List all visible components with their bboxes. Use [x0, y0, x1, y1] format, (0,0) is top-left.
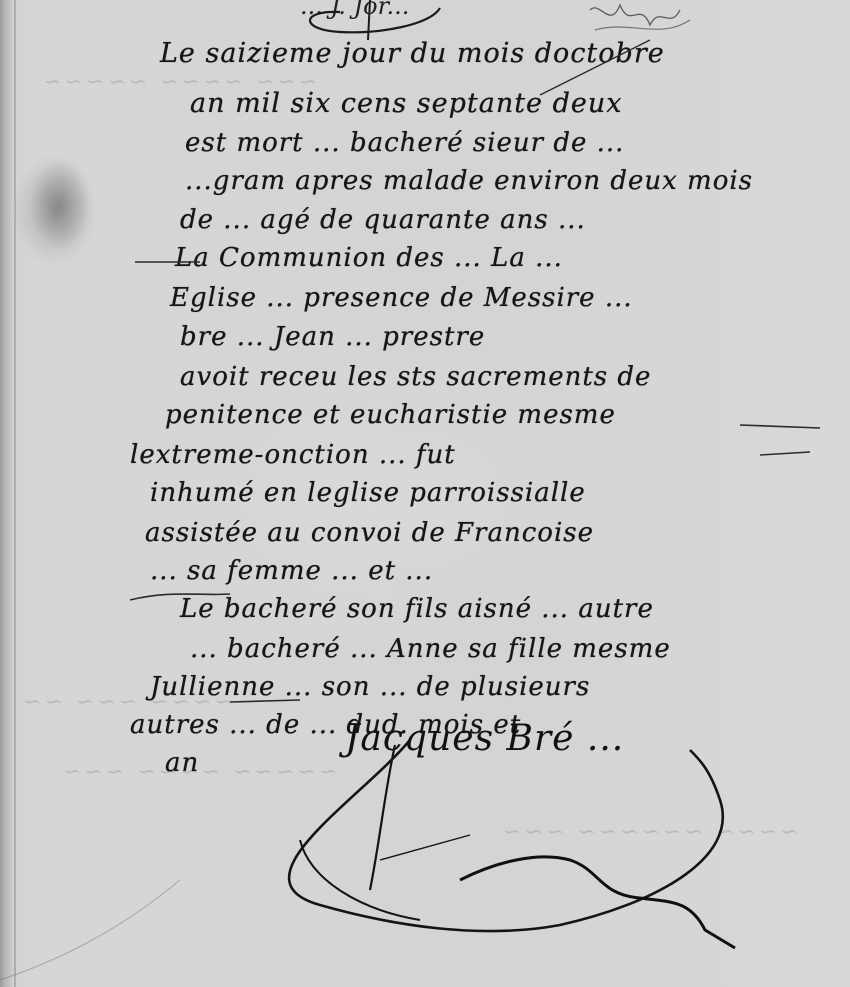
- manuscript-line-16: ... bacheré ... Anne sa fille mesme: [190, 634, 671, 664]
- manuscript-line-1: Le saizieme jour du mois doctobre: [160, 38, 665, 69]
- manuscript-line-4: ...gram apres malade environ deux mois: [185, 166, 753, 196]
- manuscript-line-6: La Communion des ... La ...: [175, 243, 563, 273]
- page-binding-edge: [0, 0, 14, 987]
- manuscript-line-3: est mort ... bacheré sieur de ...: [185, 128, 624, 158]
- manuscript-line-17: Jullienne ... son ... de plusieurs: [150, 672, 590, 702]
- header-fragment: ... J. Jor...: [300, 0, 409, 20]
- manuscript-line-15: Le bacheré son fils aisné ... autre: [180, 594, 654, 624]
- manuscript-line-12: inhumé en leglise parroissialle: [150, 478, 586, 508]
- ink-stain: [30, 160, 90, 250]
- manuscript-line-5: de ... agé de quarante ans ...: [180, 205, 586, 235]
- manuscript-line-2: an mil six cens septante deux: [190, 88, 623, 119]
- manuscript-line-9: avoit receu les sts sacrements de: [180, 362, 651, 392]
- signature: Jacques Bré ...: [345, 718, 624, 759]
- manuscript-line-7: Eglise ... presence de Messire ...: [170, 283, 633, 313]
- page-margin-line: [14, 0, 16, 987]
- manuscript-line-14: ... sa femme ... et ...: [150, 556, 433, 586]
- manuscript-page: ~~~ ~~~~ ~~~~~ ~~~~ ~~~ ~~ ~~~~~ ~~~~ ~~…: [0, 0, 850, 987]
- manuscript-line-19: an: [165, 748, 199, 778]
- manuscript-line-11: lextreme-onction ... fut: [130, 440, 456, 470]
- manuscript-line-8: bre ... Jean ... prestre: [180, 322, 485, 352]
- manuscript-line-10: penitence et eucharistie mesme: [165, 400, 616, 430]
- bleed-through-text: ~~~~ ~~~~~~ ~~~: [500, 820, 799, 845]
- manuscript-line-13: assistée au convoi de Francoise: [145, 518, 594, 548]
